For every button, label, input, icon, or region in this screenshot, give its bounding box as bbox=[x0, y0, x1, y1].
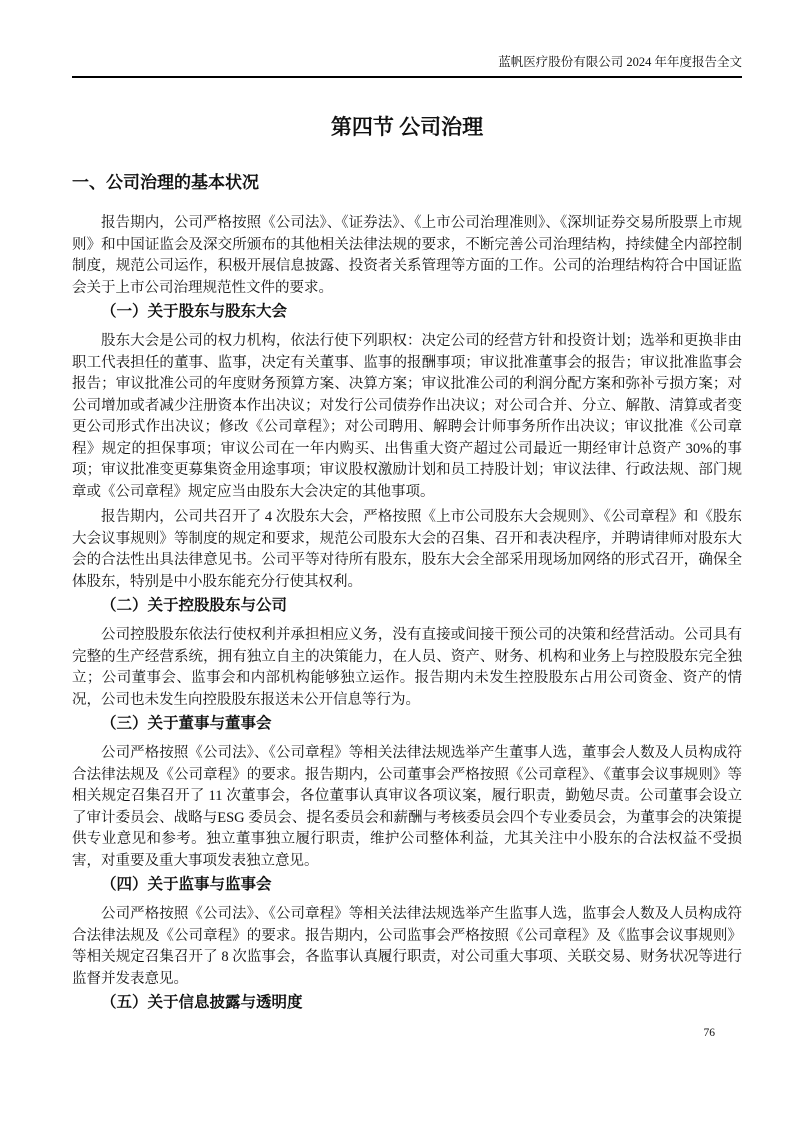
page-number: 76 bbox=[704, 1027, 716, 1039]
page-header: 蓝帆医疗股份有限公司 2024 年年度报告全文 bbox=[72, 54, 742, 78]
paragraph-governance-intro: 报告期内，公司严格按照《公司法》、《证券法》、《上市公司治理准则》、《深圳证券交… bbox=[72, 213, 742, 299]
paragraph-shareholders-meeting-report-period: 报告期内，公司共召开了 4 次股东大会，严格按照《上市公司股东大会规则》、《公司… bbox=[72, 507, 742, 593]
paragraph-supervisors-board: 公司严格按照《公司法》、《公司章程》等相关法律法规选举产生监事人选，监事会人数及… bbox=[72, 904, 742, 990]
document-page: 蓝帆医疗股份有限公司 2024 年年度报告全文 第四节 公司治理 一、公司治理的… bbox=[0, 0, 793, 1122]
subsection-heading-supervisors-board: （四）关于监事与监事会 bbox=[72, 876, 742, 894]
report-title-header: 蓝帆医疗股份有限公司 2024 年年度报告全文 bbox=[72, 54, 742, 70]
paragraph-shareholders-meeting-powers: 股东大会是公司的权力机构，依法行使下列职权：决定公司的经营方针和投资计划；选举和… bbox=[72, 331, 742, 503]
paragraph-directors-board: 公司严格按照《公司法》、《公司章程》等相关法律法规选举产生董事人选，董事会人数及… bbox=[72, 743, 742, 872]
subsection-heading-shareholders-meeting: （一）关于股东与股东大会 bbox=[72, 303, 742, 321]
chapter-title: 第四节 公司治理 bbox=[72, 114, 742, 141]
subsection-heading-directors-board: （三）关于董事与董事会 bbox=[72, 715, 742, 733]
paragraph-controlling-shareholder: 公司控股股东依法行使权利并承担相应义务，没有直接或间接干预公司的决策和经营活动。… bbox=[72, 625, 742, 711]
subsection-heading-controlling-shareholder: （二）关于控股股东与公司 bbox=[72, 597, 742, 615]
subsection-heading-information-disclosure: （五）关于信息披露与透明度 bbox=[72, 994, 742, 1012]
section-heading-governance-basics: 一、公司治理的基本状况 bbox=[72, 173, 742, 192]
header-rule bbox=[72, 76, 742, 78]
